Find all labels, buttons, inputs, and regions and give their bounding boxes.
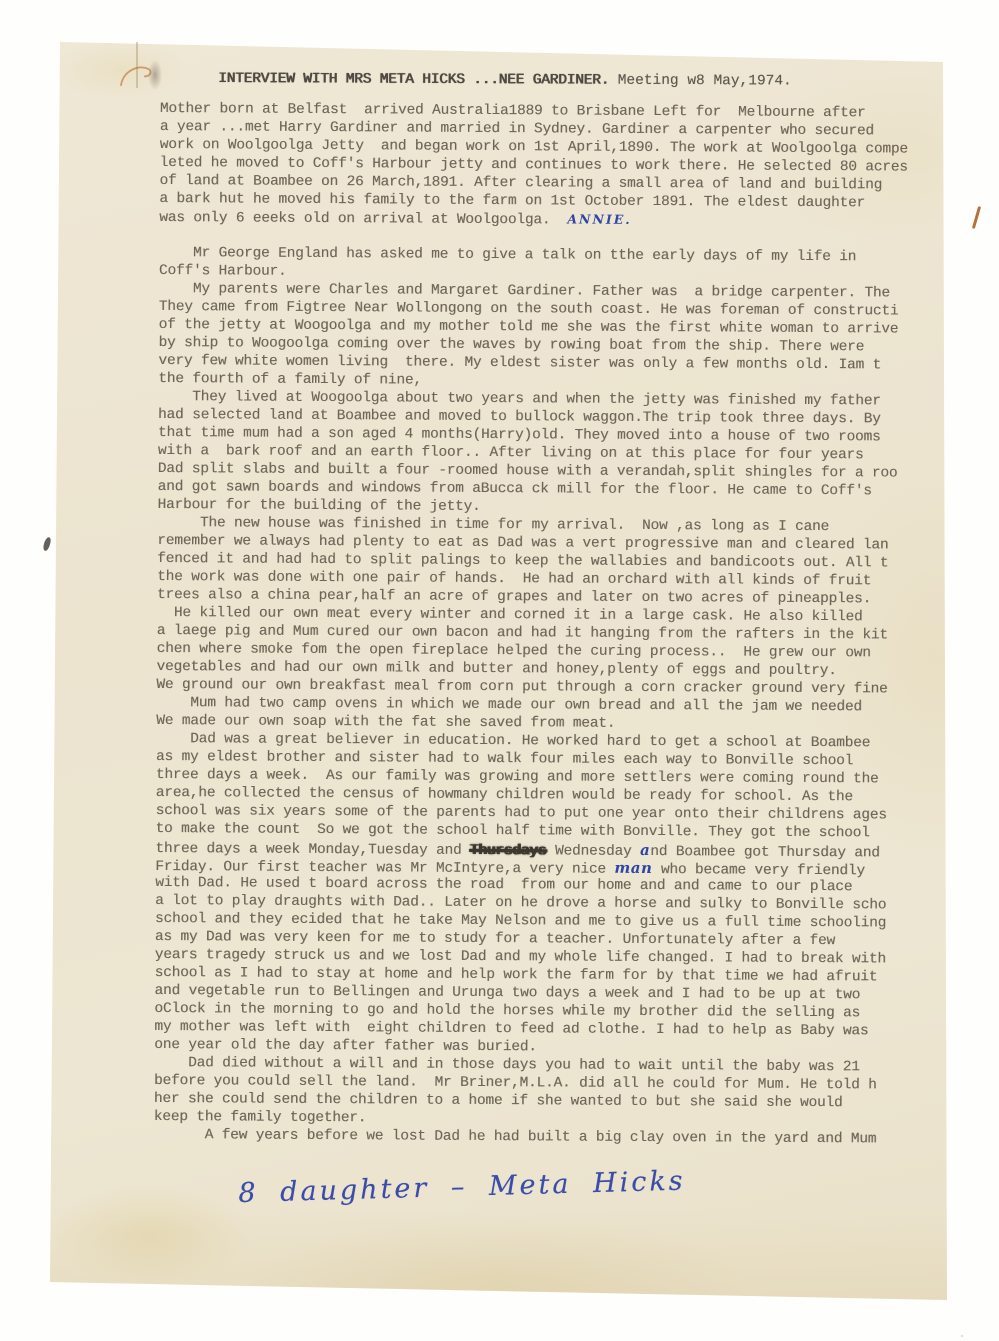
typed-text: We made our own soap with the fat she sa… [156,713,615,732]
typed-text: A few years before we lost Dad he had bu… [154,1127,877,1147]
ink-blot-mark [42,536,51,551]
title-date: Meeting w8 May,1974. [609,73,792,90]
ink-annotation: ANNIE. [567,211,631,226]
typed-body: Mother born at Belfast arrived Australia… [154,100,950,1149]
typed-text: the fourth of a family of nine, [158,371,422,389]
typed-text: Coff's Harbour. [159,263,287,280]
smudge-mark [148,60,162,90]
pen-scratch-mark [972,206,981,229]
typed-text: one year old the day after father was bu… [154,1037,537,1055]
struck-out-text: Thursdays [470,843,547,859]
ink-annotation: man [614,859,652,877]
title-main: INTERVIEW WITH MRS META HICKS ...NEE GAR… [218,71,609,89]
typed-text: Wednesday [546,843,640,860]
typed-text: keep the family together. [154,1109,367,1126]
ink-annotation: a [640,841,650,859]
typed-text: was only 6 eeeks old on arrival at Woolg… [159,210,567,228]
document-title: INTERVIEW WITH MRS META HICKS ...NEE GAR… [218,70,792,91]
scan-background: INTERVIEW WITH MRS META HICKS ...NEE GAR… [0,0,999,1341]
typed-text: Harbour for the building of the jetty. [157,497,480,515]
